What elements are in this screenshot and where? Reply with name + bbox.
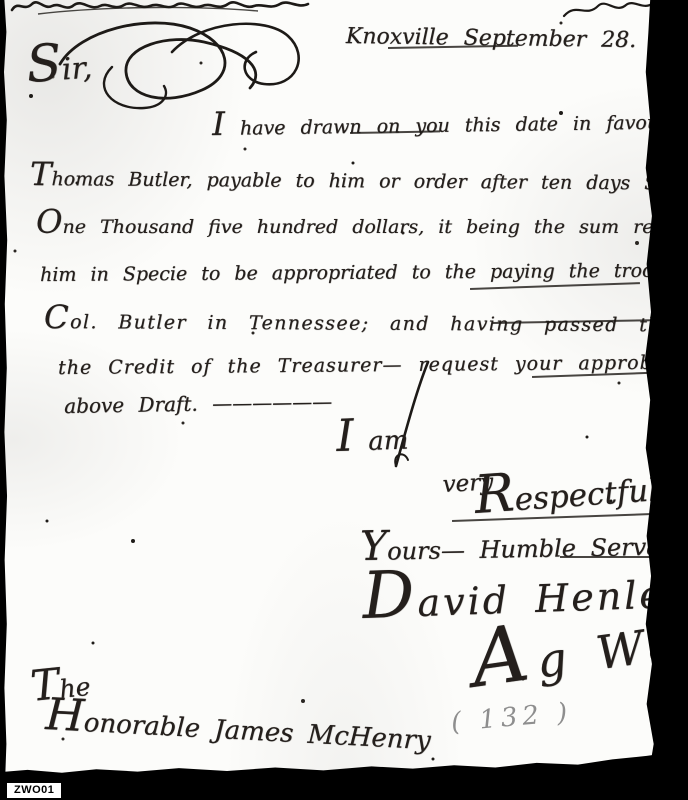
ink-flourish (52, 12, 342, 130)
scanned-letter-page: Knoxville September 28. 1799. — Sir, I h… (0, 0, 688, 800)
body-line: One Thousand five hundred dollars, it be… (36, 218, 688, 237)
stray-ink-stroke (560, 556, 660, 558)
closing-i-am: I am (336, 427, 409, 455)
body-line: Thomas Butler, payable to him or order a… (30, 170, 688, 194)
body-line: Col. Butler in Tennessee; and having pas… (44, 313, 688, 336)
scan-border-right (644, 0, 688, 800)
body-line: him in Specie to be appropriated to the … (40, 261, 688, 285)
corner-squiggle (560, 0, 656, 22)
frame-id-label: ZWO01 (7, 783, 61, 798)
body-line: above Draft. —————— (64, 391, 332, 416)
dateline: Knoxville September 28. 1799. — (346, 26, 688, 54)
salutation: Sir, (26, 53, 93, 87)
